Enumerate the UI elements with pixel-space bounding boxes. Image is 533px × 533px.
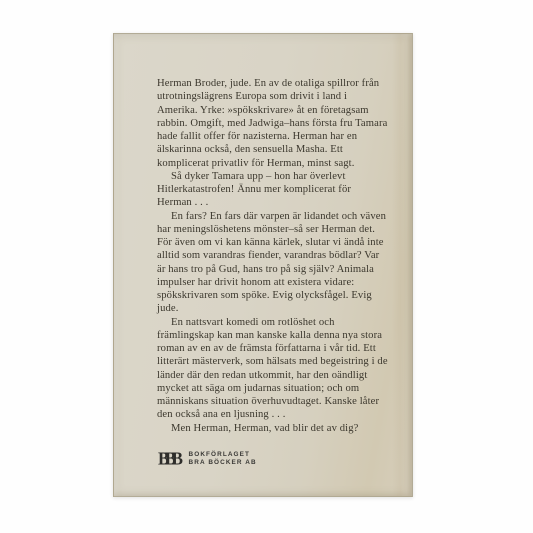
- blurb-paragraph: En fars? En fars där varpen är lidandet …: [157, 210, 388, 316]
- blurb-paragraph: En nattsvart komedi om rotlöshet och frä…: [157, 316, 388, 422]
- back-cover-blurb: Herman Broder, jude. En av de otaliga sp…: [157, 77, 388, 435]
- photo-background: Herman Broder, jude. En av de otaliga sp…: [0, 0, 533, 533]
- blurb-paragraph: Herman Broder, jude. En av de otaliga sp…: [157, 77, 388, 170]
- publisher-mark: BBB BOKFÖRLAGET BRA BÖCKER AB: [158, 451, 257, 467]
- bbb-logo-icon: BBB: [158, 450, 183, 467]
- book-back-cover: Herman Broder, jude. En av de otaliga sp…: [113, 33, 413, 497]
- blurb-paragraph: Men Herman, Herman, vad blir det av dig?: [157, 422, 388, 435]
- publisher-name-line2: BRA BÖCKER AB: [189, 459, 257, 466]
- publisher-name-line1: BOKFÖRLAGET: [189, 451, 250, 458]
- publisher-name: BOKFÖRLAGET BRA BÖCKER AB: [189, 451, 257, 467]
- blurb-paragraph: Så dyker Tamara upp – hon har överlevt H…: [157, 170, 388, 210]
